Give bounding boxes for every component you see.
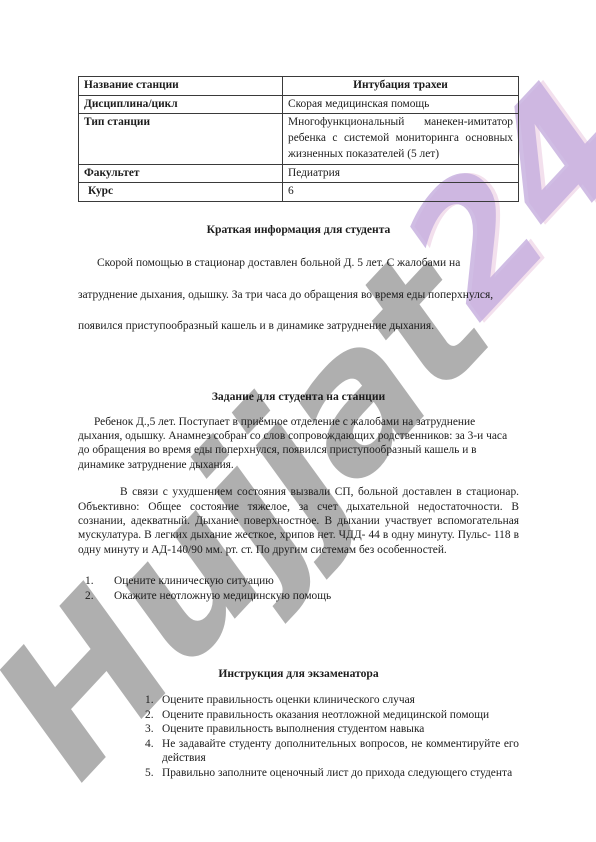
table-row: Название станции Интубация трахеи [79, 77, 519, 96]
student-info-paragraph: Скорой помощью в стационар доставлен бол… [78, 248, 519, 343]
list-item-number: 1. [78, 574, 114, 589]
table-row: Тип станции Многофункциональный манекен-… [79, 114, 519, 164]
station-task-paragraph-2: В связи с ухудшением состояния вызвали С… [78, 485, 519, 557]
station-task-heading: Задание для студента на станции [78, 390, 519, 403]
table-cell-value: 6 [283, 183, 519, 202]
table-cell-value: Скорая медицинская помощь [283, 95, 519, 114]
table-cell-label: Название станции [79, 77, 283, 96]
list-item: 2. Окажите неотложную медицинскую помощь [78, 589, 519, 604]
student-task-list: 1. Оцените клиническую ситуацию 2. Окажи… [78, 574, 519, 604]
list-item-number: 5. [145, 766, 162, 781]
document-content: Название станции Интубация трахеи Дисцип… [78, 76, 519, 780]
list-item-text: Оцените клиническую ситуацию [114, 574, 274, 589]
list-item-number: 1. [145, 693, 162, 708]
list-item: 3. Оцените правильность выполнения студе… [145, 722, 519, 737]
list-item-text: Не задавайте студенту дополнительных воп… [162, 737, 519, 766]
list-item-text: Оцените правильность оказания неотложной… [162, 708, 489, 723]
list-item-number: 2. [145, 708, 162, 723]
student-info-heading: Краткая информация для студента [78, 223, 519, 236]
station-info-table: Название станции Интубация трахеи Дисцип… [78, 76, 519, 202]
table-cell-label: Тип станции [79, 114, 283, 164]
list-item-number: 3. [145, 722, 162, 737]
list-item-text: Правильно заполните оценочный лист до пр… [162, 766, 512, 781]
table-cell-value: Многофункциональный манекен-имитатор реб… [283, 114, 519, 164]
document-page: Hujjat 24 Название станции Интубация тра… [0, 0, 596, 842]
examiner-instruction-list: 1. Оцените правильность оценки клиническ… [78, 693, 519, 780]
table-cell-label: Курс [79, 183, 283, 202]
station-task-paragraph-1: Ребенок Д.,5 лет. Поступает в приёмное о… [78, 415, 519, 473]
list-item: 1. Оцените правильность оценки клиническ… [145, 693, 519, 708]
table-row: Дисциплина/цикл Скорая медицинская помощ… [79, 95, 519, 114]
table-cell-value: Интубация трахеи [283, 77, 519, 96]
list-item-number: 2. [78, 589, 114, 604]
table-cell-label: Дисциплина/цикл [79, 95, 283, 114]
examiner-heading: Инструкция для экзаменатора [78, 667, 519, 680]
table-row: Курс 6 [79, 183, 519, 202]
list-item: 1. Оцените клиническую ситуацию [78, 574, 519, 589]
list-item: 5. Правильно заполните оценочный лист до… [145, 766, 519, 781]
table-cell-label: Факультет [79, 164, 283, 183]
table-row: Факультет Педиатрия [79, 164, 519, 183]
list-item-text: Оцените правильность оценки клинического… [162, 693, 415, 708]
list-item-number: 4. [145, 737, 162, 766]
table-cell-value: Педиатрия [283, 164, 519, 183]
list-item: 4. Не задавайте студенту дополнительных … [145, 737, 519, 766]
list-item-text: Оцените правильность выполнения студенто… [162, 722, 424, 737]
list-item: 2. Оцените правильность оказания неотлож… [145, 708, 519, 723]
list-item-text: Окажите неотложную медицинскую помощь [114, 589, 331, 604]
